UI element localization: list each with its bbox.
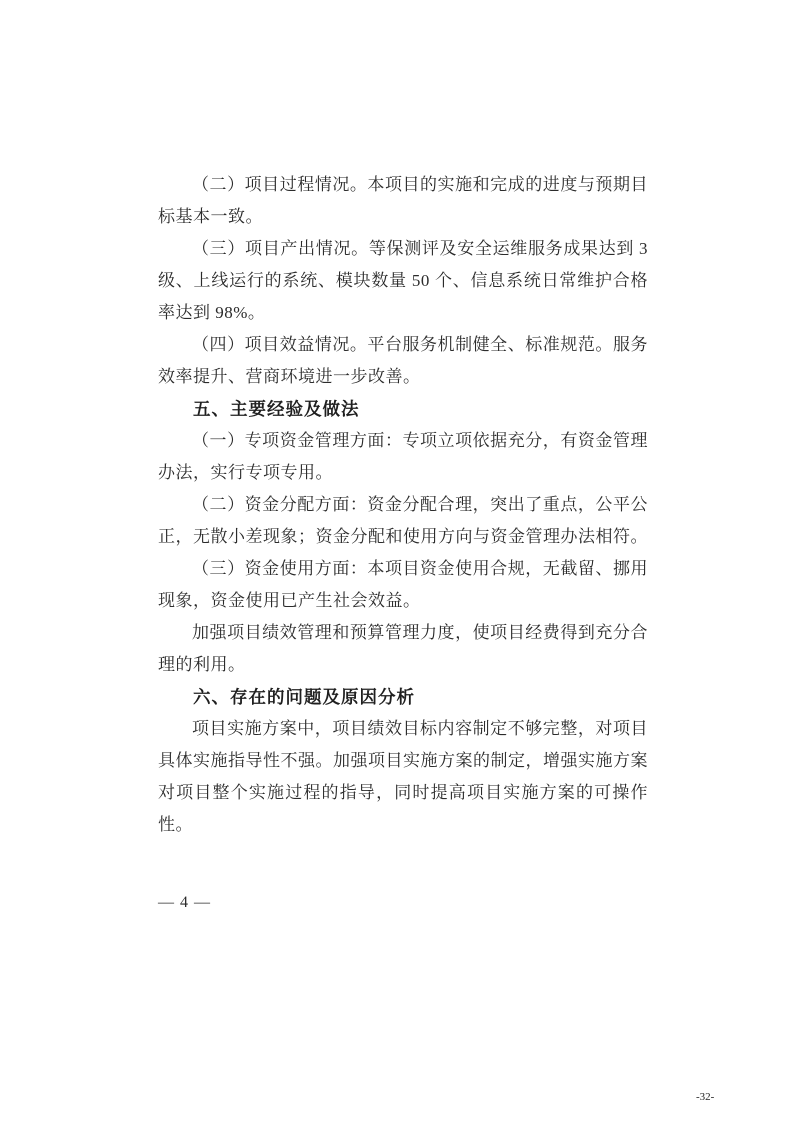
paragraph-project-benefit: （四）项目效益情况。平台服务机制健全、标准规范。服务效率提升、营商环境进一步改善… (158, 329, 648, 393)
section-heading-problems: 六、存在的问题及原因分析 (158, 681, 648, 713)
paragraph-project-process: （二）项目过程情况。本项目的实施和完成的进度与预期目标基本一致。 (158, 169, 648, 233)
paragraph-problem-analysis: 项目实施方案中，项目绩效目标内容制定不够完整，对项目具体实施指导性不强。加强项目… (158, 713, 648, 841)
section-heading-experience: 五、主要经验及做法 (158, 393, 648, 425)
paragraph-fund-usage: （三）资金使用方面：本项目资金使用合规，无截留、挪用现象，资金使用已产生社会效益… (158, 553, 648, 617)
document-page: （二）项目过程情况。本项目的实施和完成的进度与预期目标基本一致。 （三）项目产出… (0, 0, 793, 1122)
paragraph-strengthen-management: 加强项目绩效管理和预算管理力度，使项目经费得到充分合理的利用。 (158, 617, 648, 681)
page-content: （二）项目过程情况。本项目的实施和完成的进度与预期目标基本一致。 （三）项目产出… (158, 169, 648, 841)
scan-page-number: -32- (696, 1090, 714, 1104)
paragraph-fund-allocation: （二）资金分配方面：资金分配合理，突出了重点，公平公正，无散小差现象；资金分配和… (158, 489, 648, 553)
paragraph-fund-management: （一）专项资金管理方面：专项立项依据充分，有资金管理办法，实行专项专用。 (158, 425, 648, 489)
page-number-footer: — 4 — (158, 891, 211, 915)
paragraph-project-output: （三）项目产出情况。等保测评及安全运维服务成果达到 3 级、上线运行的系统、模块… (158, 233, 648, 329)
